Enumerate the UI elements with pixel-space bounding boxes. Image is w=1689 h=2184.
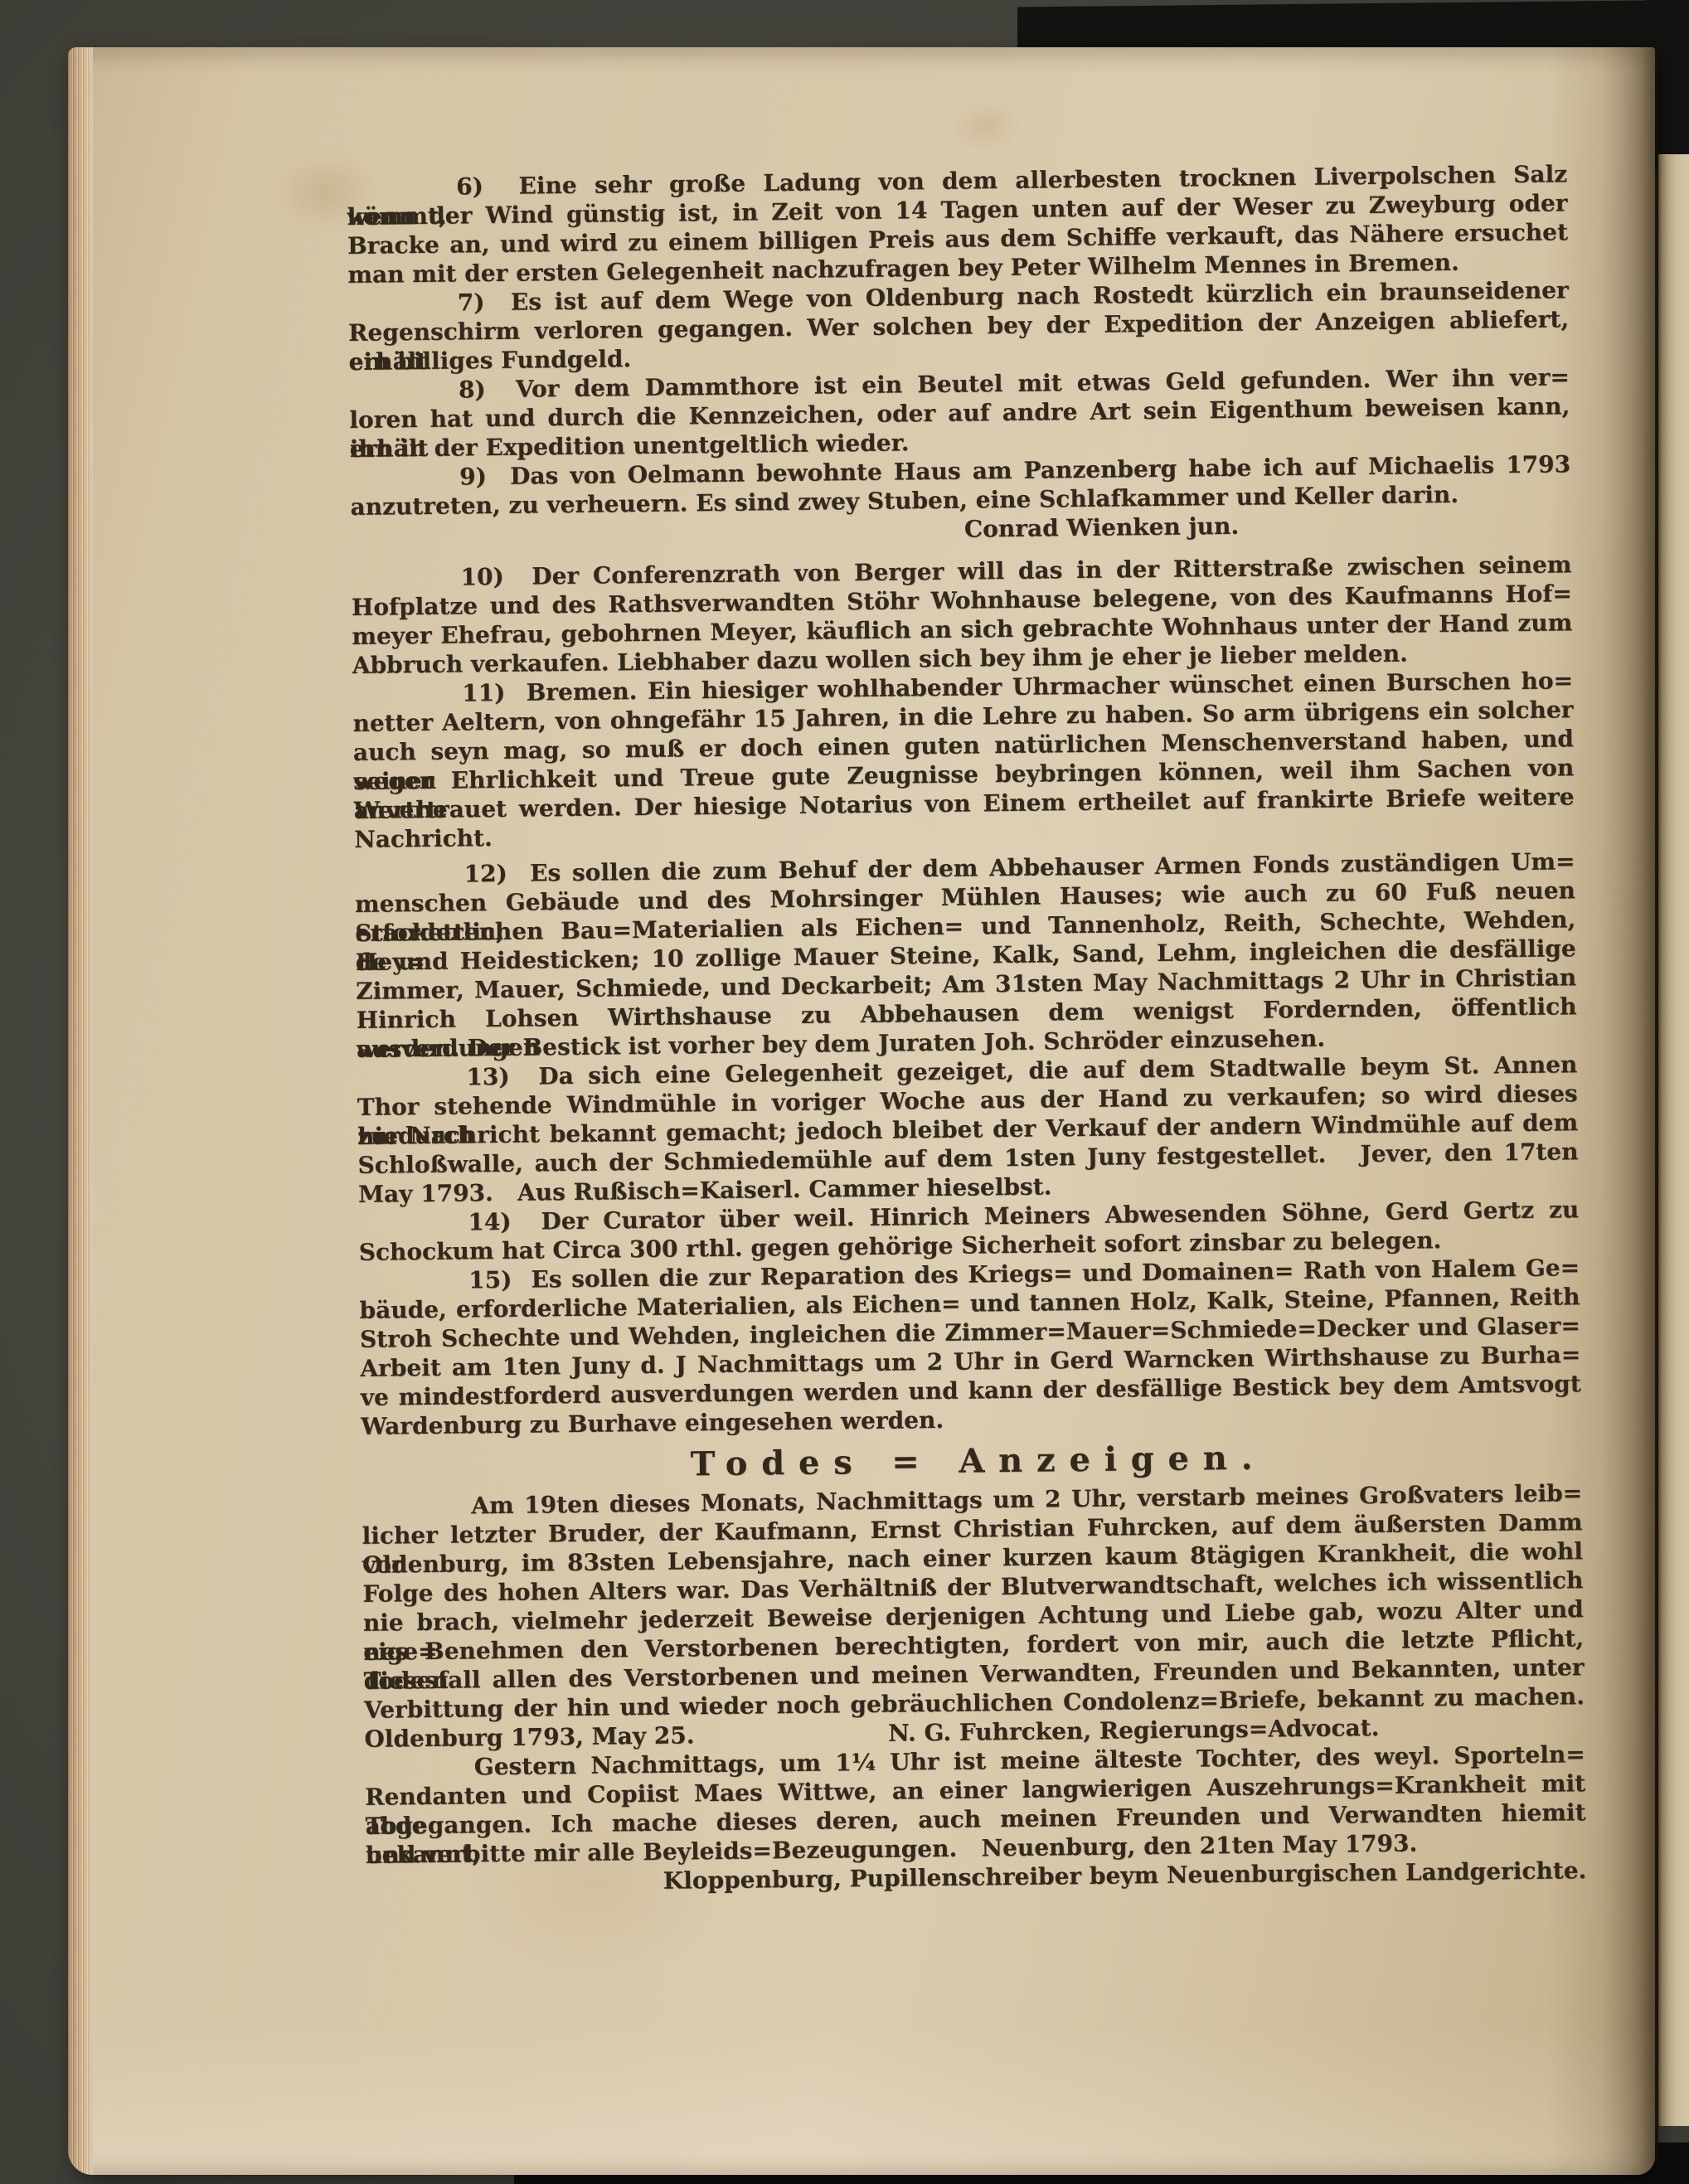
notice-15: 15) Es sollen die zur Reparation des Kri… — [359, 1253, 1581, 1441]
notice-9: 9) Das von Oelmann bewohnte Haus am Panz… — [350, 449, 1571, 551]
notice-8: 8) Vor dem Dammthore ist ein Beutel mit … — [349, 362, 1570, 463]
notice-11: 11) Bremen. Ein hiesiger wohlhabender Uh… — [352, 666, 1575, 854]
printed-text-block: 6) Eine sehr große Ladung von dem allerb… — [347, 159, 1587, 1899]
page-stack-fore-edge — [68, 47, 93, 2175]
obituary-2: Gestern Nachmittags, um 1¼ Uhr ist meine… — [365, 1740, 1587, 1899]
footer-place-date: Oldenburg 1793, May 25. — [364, 1721, 694, 1754]
scanner-background: 6) Eine sehr große Ladung von dem allerb… — [0, 0, 1689, 2184]
notice-12: 12) Es sollen die zum Behuf der dem Abbe… — [354, 847, 1577, 1064]
notice-7: 7) Es ist auf dem Wege von Oldenburg nac… — [348, 275, 1570, 376]
obituary-1: Am 19ten dieses Monats, Nachmittags um 2… — [362, 1478, 1585, 1754]
book-page: 6) Eine sehr große Ladung von dem allerb… — [68, 47, 1655, 2175]
notice-6: 6) Eine sehr große Ladung von dem allerb… — [347, 159, 1568, 289]
notice-13: 13) Da sich eine Gelegenheit gezeiget, d… — [357, 1050, 1579, 1209]
notice-10: 10) Der Conferenzrath von Berger will da… — [351, 550, 1572, 680]
adjacent-page-edge — [1657, 154, 1689, 2126]
